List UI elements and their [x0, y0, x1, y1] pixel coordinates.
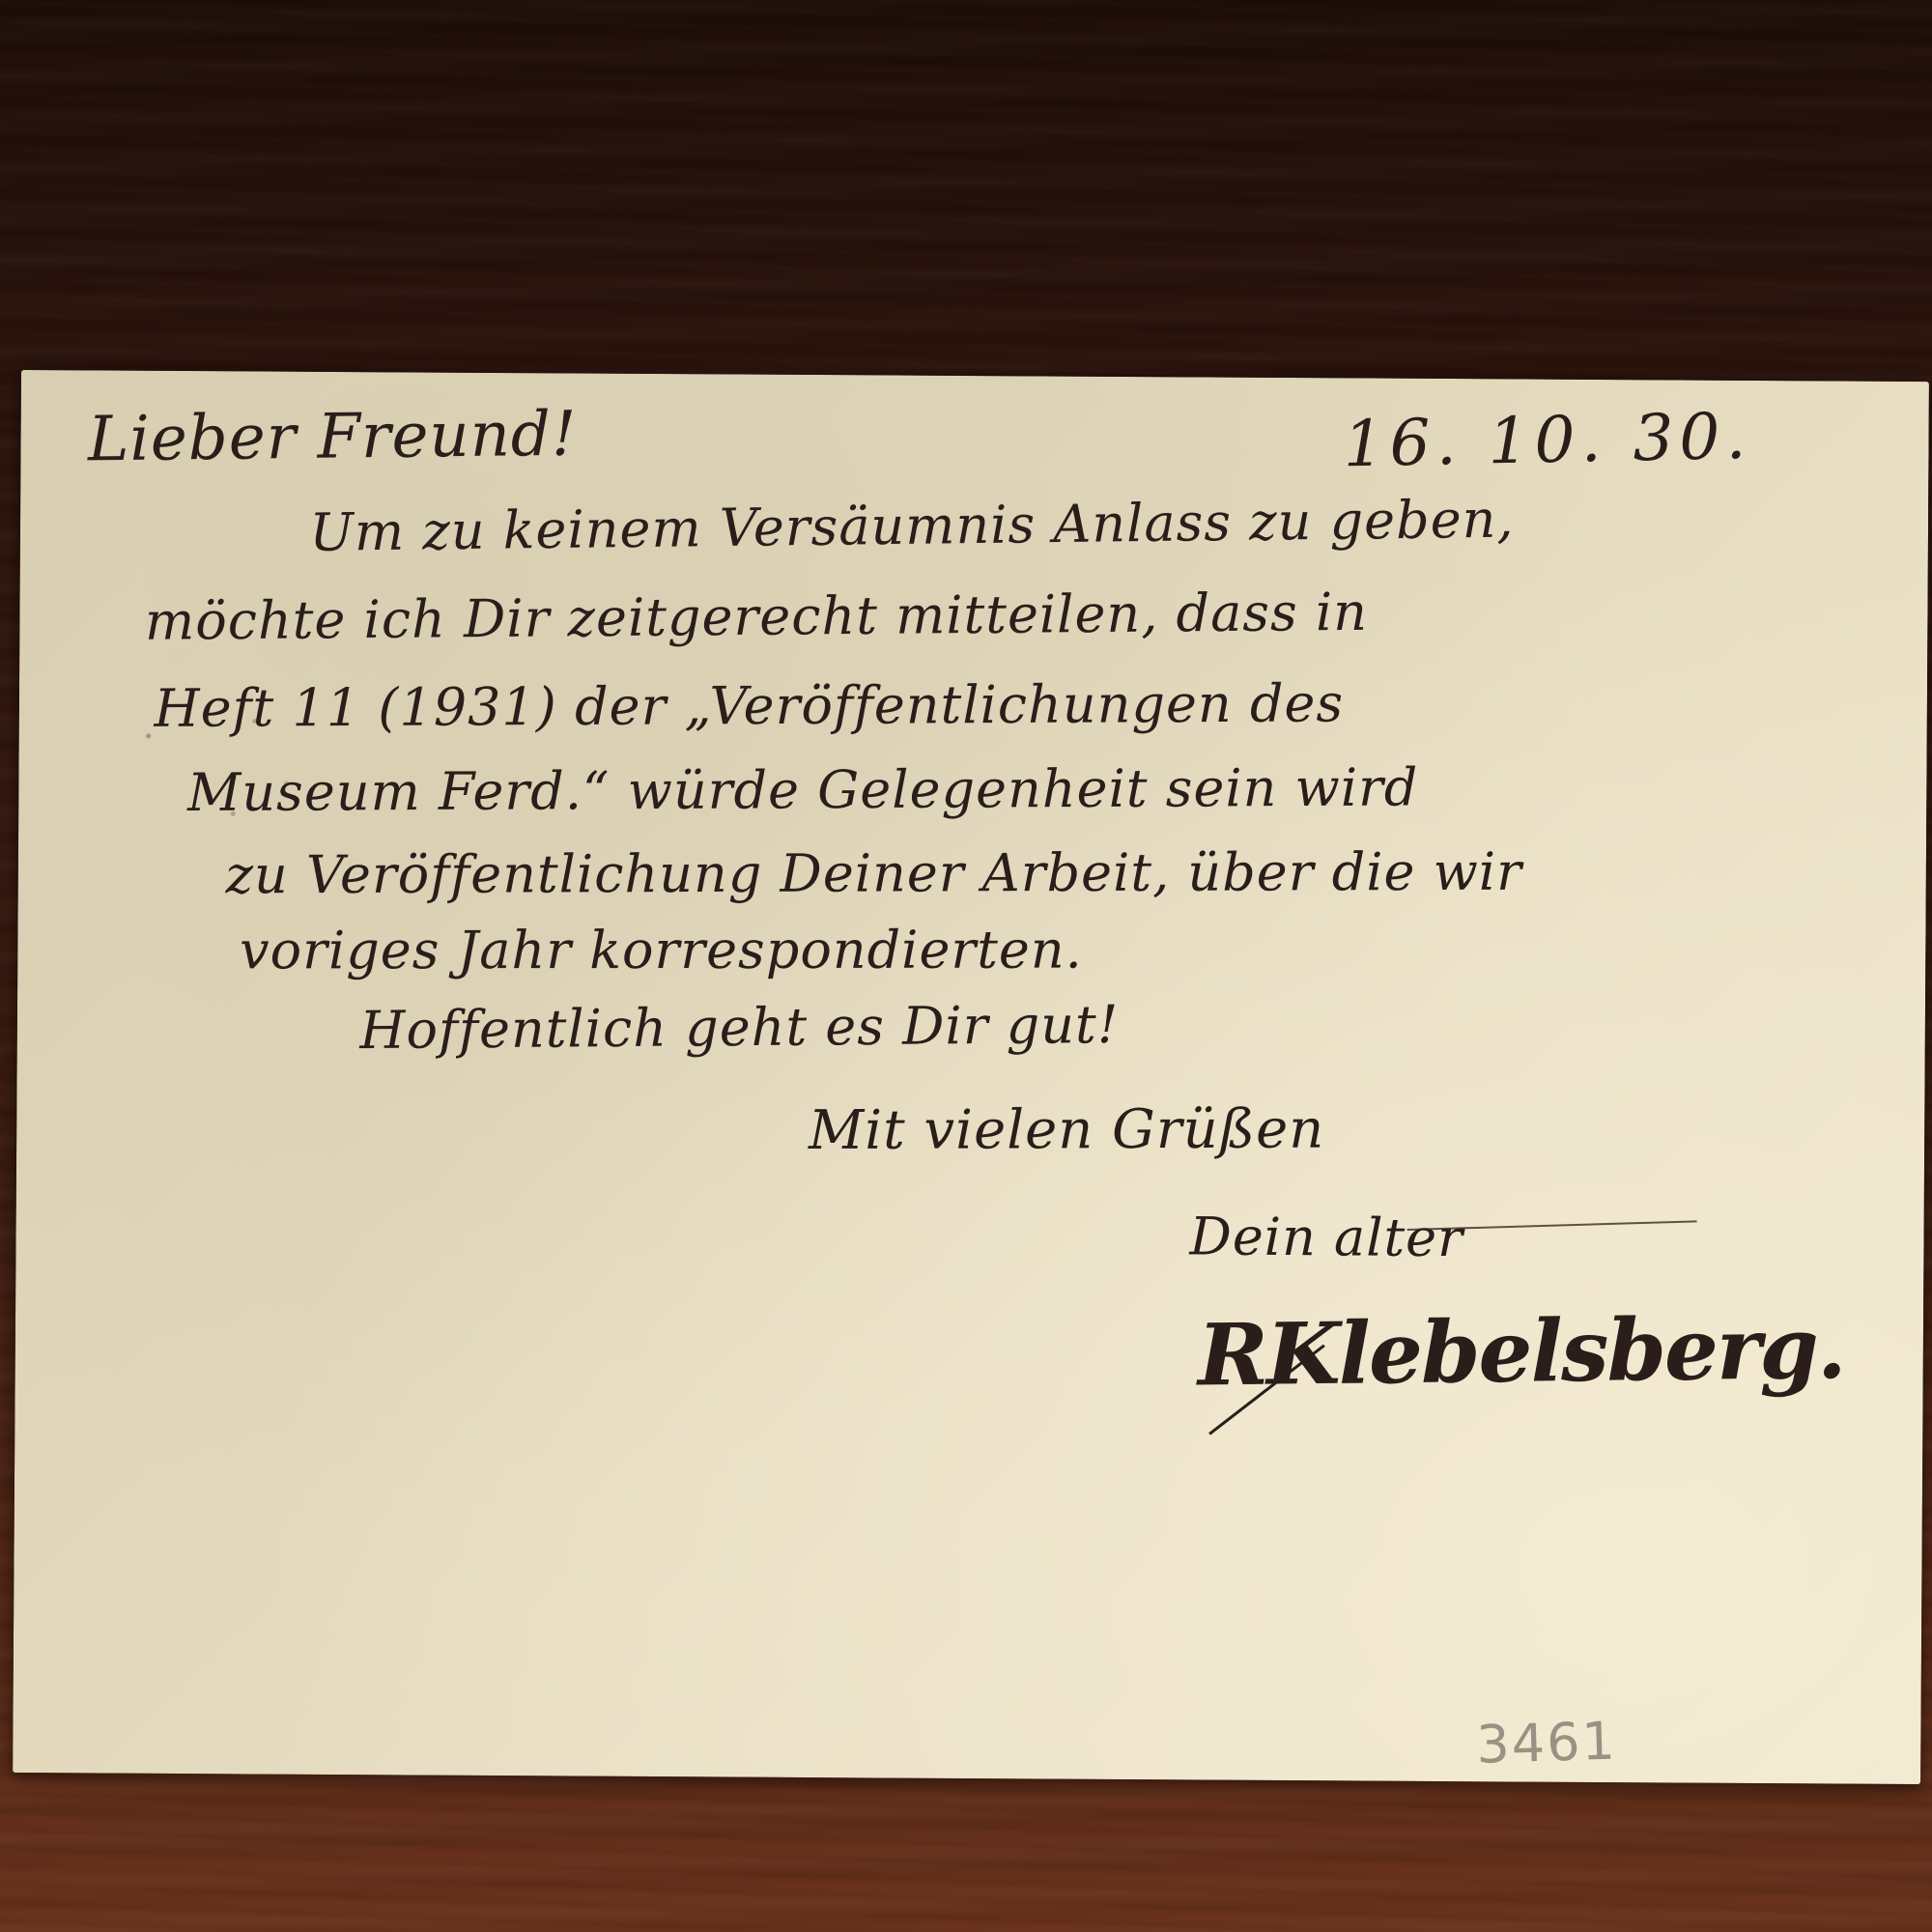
postcard: Lieber Freund! 16. 10. 30. Um zu keinem …: [13, 370, 1929, 1784]
archive-number-pencil: 3461: [1475, 1711, 1617, 1776]
signature: RKlebelsberg.: [1197, 1297, 1845, 1406]
letter-body-line: Heft 11 (1931) der „Veröffentlichungen d…: [154, 672, 1344, 738]
letter-body-line: Museum Ferd.“ würde Gelegenheit sein wir…: [187, 757, 1419, 824]
letter-body-line: möchte ich Dir zeitgerecht mitteilen, da…: [145, 582, 1368, 652]
letter-body-line: zu Veröffentlichung Deiner Arbeit, über …: [225, 841, 1522, 906]
letter-greeting: Lieber Freund!: [87, 399, 577, 476]
letter-closing: Mit vielen Grüßen: [809, 1098, 1325, 1162]
letter-body-line: Hoffentlich geht es Dir gut!: [359, 994, 1120, 1061]
letter-date: 16. 10. 30.: [1343, 399, 1752, 481]
letter-body-line: Um zu keinem Versäumnis Anlass zu geben,: [309, 489, 1515, 563]
letter-closing-line2: Dein alter: [1189, 1206, 1463, 1268]
letter-body-line: voriges Jahr korrespondierten.: [240, 920, 1083, 981]
